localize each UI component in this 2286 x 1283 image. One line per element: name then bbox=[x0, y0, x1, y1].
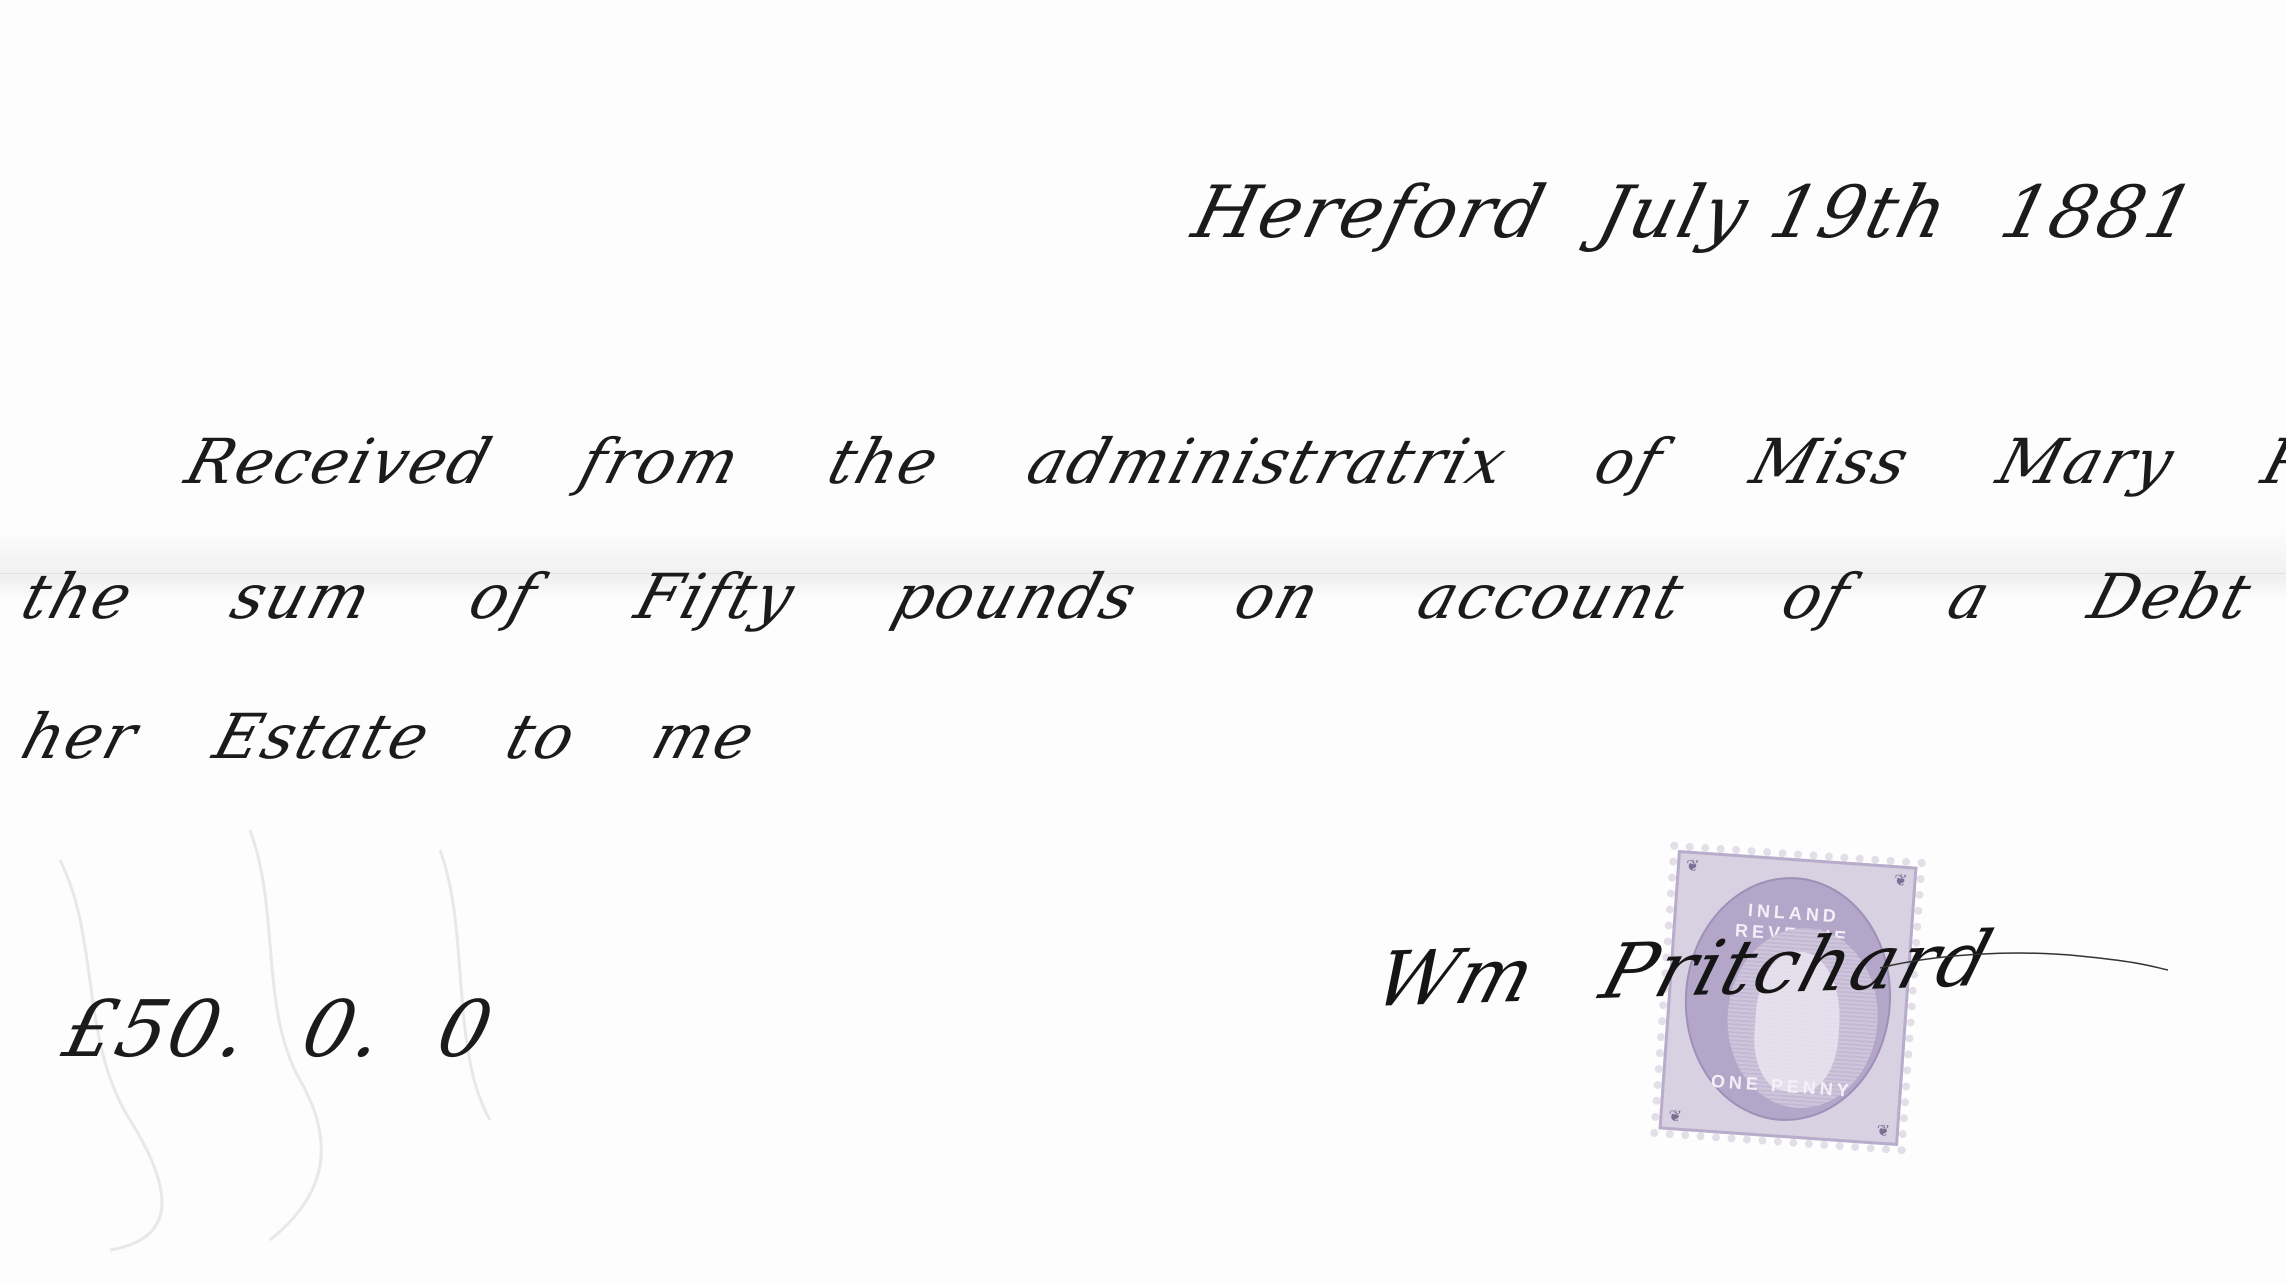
dateline: HerefordJuly 19th1881 bbox=[1185, 170, 2261, 254]
dateline-place: Hereford bbox=[1185, 170, 1555, 254]
stamp-corner-ornament-icon: ❦ bbox=[1876, 1121, 1891, 1141]
amount: £50. 0. 0 bbox=[55, 985, 503, 1075]
signature-first-name: Wm bbox=[1365, 930, 1547, 1024]
body-line-3: her Estate to me bbox=[14, 700, 765, 773]
dateline-date: July 19th bbox=[1590, 170, 1958, 254]
receipt-page: HerefordJuly 19th1881 Received from the … bbox=[0, 0, 2286, 1283]
signature-flourish bbox=[1880, 948, 2170, 988]
body-line-1: Received from the administratrix of Miss… bbox=[178, 425, 2286, 498]
stamp-corner-ornament-icon: ❦ bbox=[1893, 870, 1908, 890]
dateline-year: 1881 bbox=[1993, 170, 2205, 254]
stamp-corner-ornament-icon: ❦ bbox=[1685, 856, 1700, 876]
body-line-2: the sum of Fifty pounds on account of a … bbox=[14, 560, 2286, 633]
stamp-corner-ornament-icon: ❦ bbox=[1668, 1106, 1683, 1126]
